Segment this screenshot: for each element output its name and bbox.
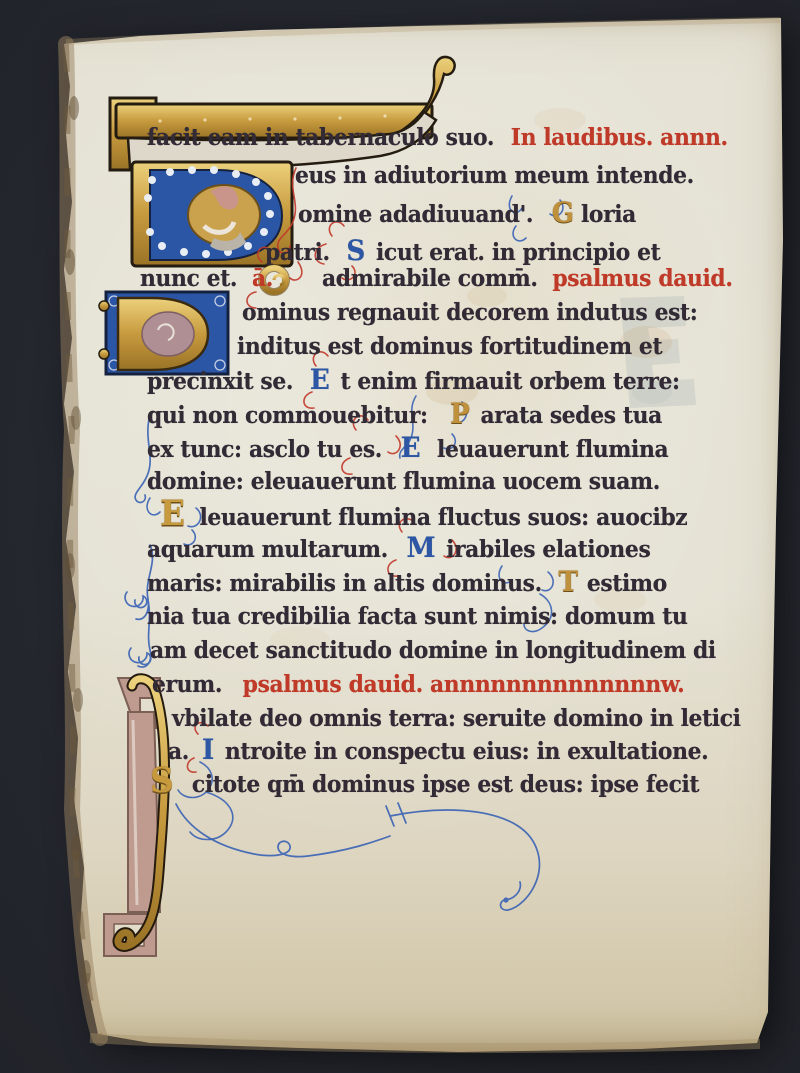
text-line: facit eam in tabernaculo suo. In laudibu… — [147, 126, 728, 149]
small-initial-gold: E — [160, 502, 185, 526]
small-initial-gold: T — [559, 571, 578, 593]
latin-text: citote qm̄ dominus ipse est deus: ipse f… — [192, 773, 699, 796]
text-line: domine: eleuauerunt flumina uocem suam. — [147, 470, 660, 493]
latin-text: admirabile comm̄. — [322, 267, 538, 290]
latin-text: ominus regnauit decorem indutus est: — [242, 301, 697, 324]
latin-text: icut erat. in principio et — [376, 241, 660, 264]
text-line: patri. S icut erat. in principio et — [265, 240, 660, 264]
latin-text: nunc et. — [140, 267, 237, 290]
rubric-text: ā. — [252, 267, 273, 290]
latin-text: a. — [168, 740, 189, 763]
text-line: qui non commouebitur: P arata sedes tua — [147, 403, 662, 427]
text-line: ex tunc: asclo tu es. E leuauerunt flumi… — [147, 437, 668, 461]
text-line: omine adadiuuand'. G loria — [298, 202, 636, 226]
latin-text: erum. — [152, 673, 222, 696]
latin-text: maris: mirabilis in altis dominus. — [147, 572, 542, 595]
latin-text: loria — [581, 203, 636, 226]
latin-text: facit eam in tabernaculo suo. — [147, 126, 494, 149]
small-initial-blue: E — [401, 437, 421, 459]
text-line: maris: mirabilis in altis dominus. T est… — [147, 571, 667, 595]
manuscript-photo: facit eam in tabernaculo suo. In laudibu… — [0, 0, 800, 1073]
latin-text: patri. — [265, 241, 330, 264]
text-line: E leuauerunt flumina fluctus suos: auoci… — [160, 502, 687, 529]
latin-text: omine adadiuuand'. — [298, 203, 533, 226]
text-line: S citote qm̄ dominus ipse est deus: ipse… — [150, 769, 699, 796]
latin-text: ntroite in conspectu eius: in exultation… — [225, 740, 709, 763]
latin-text: leuauerunt flumina — [437, 438, 668, 461]
text-line: aquarum multarum. M irabiles elationes — [147, 537, 650, 561]
latin-text: irabiles elationes — [446, 538, 650, 561]
latin-text: ex tunc: asclo tu es. — [147, 438, 382, 461]
text-block: facit eam in tabernaculo suo. In laudibu… — [0, 0, 800, 1073]
text-line: nia tua credibilia facta sunt nimis: dom… — [147, 605, 687, 628]
text-line: ominus regnauit decorem indutus est: — [242, 301, 697, 324]
latin-text: qui non commouebitur: — [147, 404, 428, 427]
latin-text: precinxit se. — [147, 370, 293, 393]
text-line: precinxit se. E t enim firmauit orbem te… — [147, 369, 680, 393]
latin-text: vbilate deo omnis terra: seruite domino … — [172, 707, 741, 730]
rubric-text: In laudibus. annn. — [511, 126, 728, 149]
text-line: am decet sanctitudo domine in longitudin… — [150, 639, 716, 662]
latin-text: t enim firmauit orbem terre: — [340, 370, 679, 393]
text-line: nunc et. ā. admirabile comm̄. psalmus da… — [140, 267, 733, 290]
text-line: erum. psalmus dauid. annnnnnnnnnnnnnw. — [152, 673, 684, 696]
small-initial-gold: S — [150, 769, 173, 793]
latin-text: inditus est dominus fortitudinem et — [237, 335, 662, 358]
latin-text: aquarum multarum. — [147, 538, 388, 561]
text-line: a. I ntroite in conspectu eius: in exult… — [168, 739, 708, 763]
rubric-text: psalmus dauid. annnnnnnnnnnnnnw. — [243, 673, 685, 696]
text-line: inditus est dominus fortitudinem et — [237, 335, 662, 358]
latin-text: nia tua credibilia facta sunt nimis: dom… — [147, 605, 687, 628]
latin-text: estimo — [587, 572, 667, 595]
text-line: eus in adiutorium meum intende. — [295, 164, 694, 187]
small-initial-gold: P — [450, 403, 469, 425]
latin-text: arata sedes tua — [480, 404, 661, 427]
small-initial-blue: E — [310, 369, 330, 391]
latin-text: leuauerunt flumina fluctus suos: auocibz — [199, 506, 687, 529]
latin-text: domine: eleuauerunt flumina uocem suam. — [147, 470, 660, 493]
latin-text: eus in adiutorium meum intende. — [295, 164, 694, 187]
small-initial-blue: I — [202, 739, 214, 761]
latin-text: am decet sanctitudo domine in longitudin… — [150, 639, 716, 662]
small-initial-blue: M — [406, 537, 435, 559]
text-line: vbilate deo omnis terra: seruite domino … — [172, 707, 741, 730]
small-initial-gold: G — [552, 202, 574, 224]
rubric-text: psalmus dauid. — [552, 267, 732, 290]
small-initial-blue: S — [346, 240, 365, 262]
